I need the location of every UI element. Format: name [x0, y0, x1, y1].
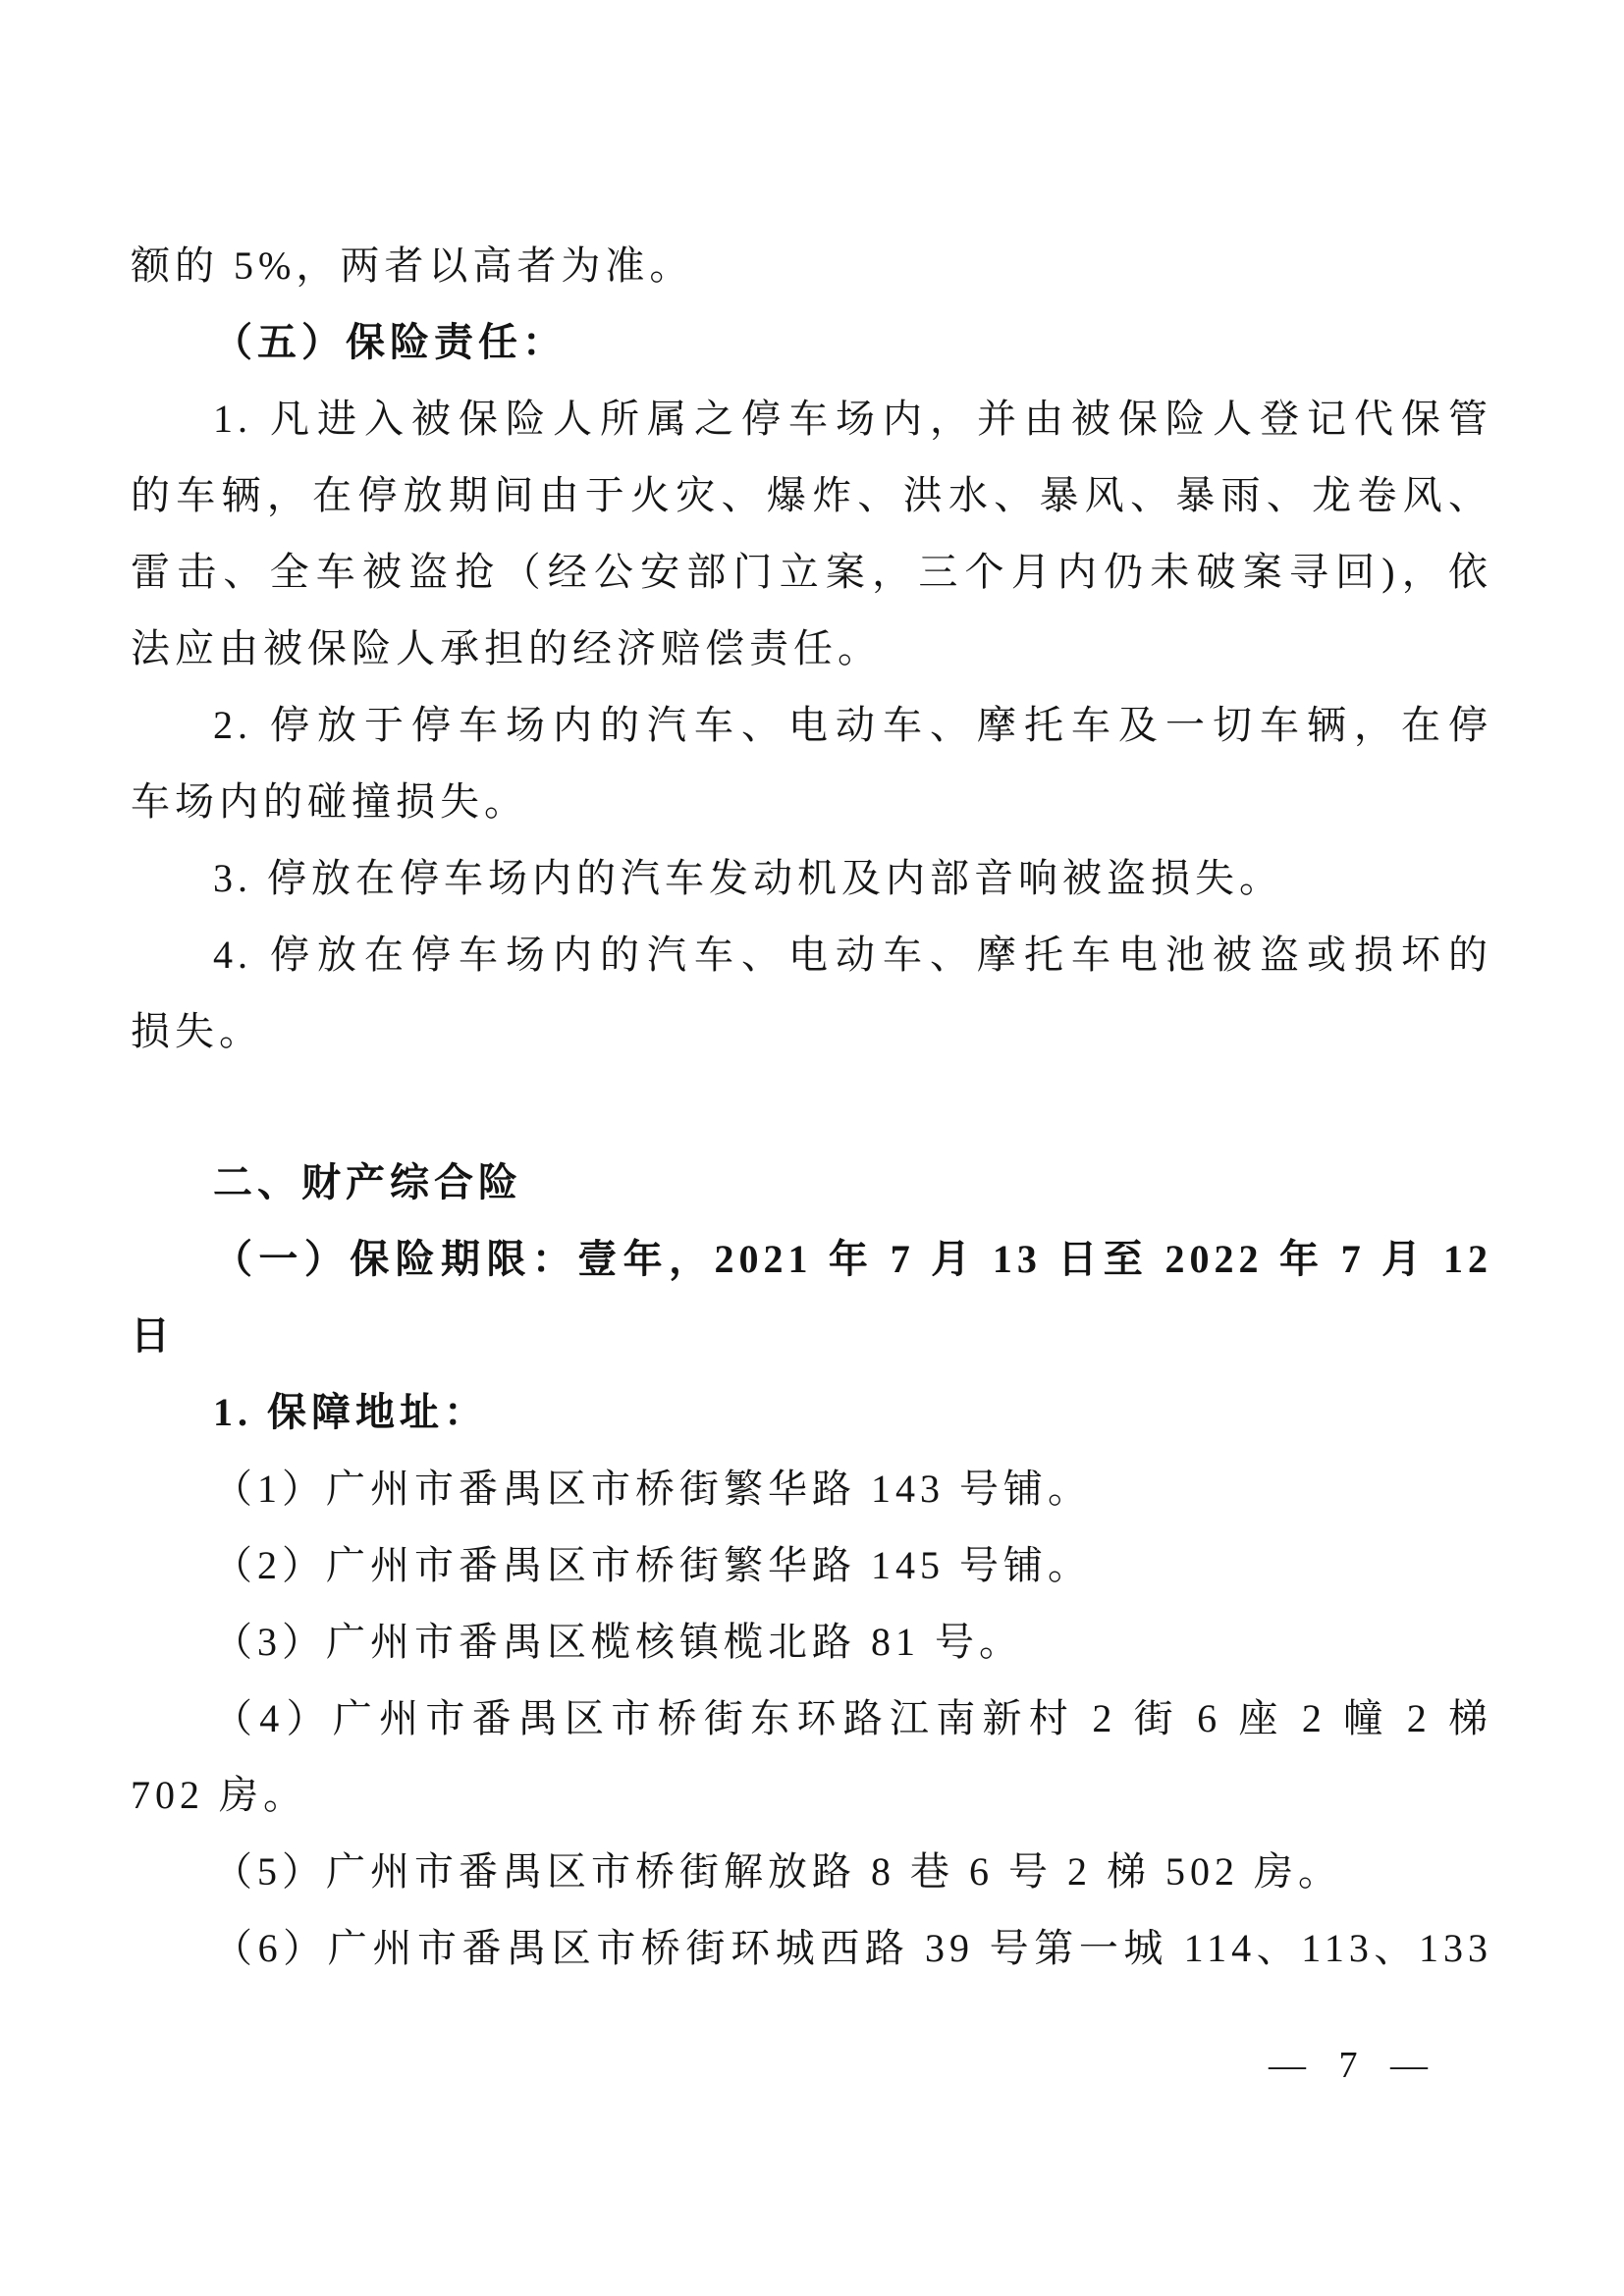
address-item-6: （6）广州市番禺区市桥街环城西路 39 号第一城 114、113、133: [131, 1910, 1492, 1987]
text-line: 702 房。: [131, 1757, 1492, 1834]
address-item-2: （2）广州市番禺区市桥街繁华路 145 号铺。: [131, 1527, 1492, 1604]
address-item-1: （1）广州市番禺区市桥街繁华路 143 号铺。: [131, 1451, 1492, 1527]
text-line: 4. 停放在停车场内的汽车、电动车、摩托车电池被盗或损坏的: [131, 917, 1492, 993]
text-line: 额的 5%，两者以高者为准。: [131, 228, 1492, 304]
subheading-insurance-period: （一）保险期限：壹年，2021 年 7 月 13 日至 2022 年 7 月 1…: [131, 1221, 1492, 1298]
document-body: 额的 5%，两者以高者为准。 （五）保险责任： 1. 凡进入被保险人所属之停车场…: [131, 228, 1492, 1987]
text-line: 2. 停放于停车场内的汽车、电动车、摩托车及一切车辆，在停: [131, 687, 1492, 764]
subheading-insurance-liability: （五）保险责任：: [131, 304, 1492, 381]
text-line: 3. 停放在停车场内的汽车发动机及内部音响被盗损失。: [131, 840, 1492, 917]
text-line: 日: [131, 1298, 1492, 1374]
subheading-covered-addresses: 1. 保障地址：: [131, 1374, 1492, 1451]
address-item-4: （4）广州市番禺区市桥街东环路江南新村 2 街 6 座 2 幢 2 梯: [131, 1681, 1492, 1757]
text-line: 1. 凡进入被保险人所属之停车场内，并由被保险人登记代保管: [131, 381, 1492, 457]
text-line: 损失。: [131, 993, 1492, 1070]
document-page: 额的 5%，两者以高者为准。 （五）保险责任： 1. 凡进入被保险人所属之停车场…: [0, 0, 1624, 2296]
section-heading-property-insurance: 二、财产综合险: [131, 1145, 1492, 1221]
address-item-3: （3）广州市番禺区榄核镇榄北路 81 号。: [131, 1604, 1492, 1681]
page-number: — 7 —: [1269, 2044, 1439, 2087]
text-line: 雷击、全车被盗抢（经公安部门立案，三个月内仍未破案寻回)，依: [131, 534, 1492, 611]
address-item-5: （5）广州市番禺区市桥街解放路 8 巷 6 号 2 梯 502 房。: [131, 1834, 1492, 1910]
text-line: 的车辆，在停放期间由于火灾、爆炸、洪水、暴风、暴雨、龙卷风、: [131, 457, 1492, 534]
text-line: 车场内的碰撞损失。: [131, 764, 1492, 840]
text-line: 法应由被保险人承担的经济赔偿责任。: [131, 611, 1492, 687]
